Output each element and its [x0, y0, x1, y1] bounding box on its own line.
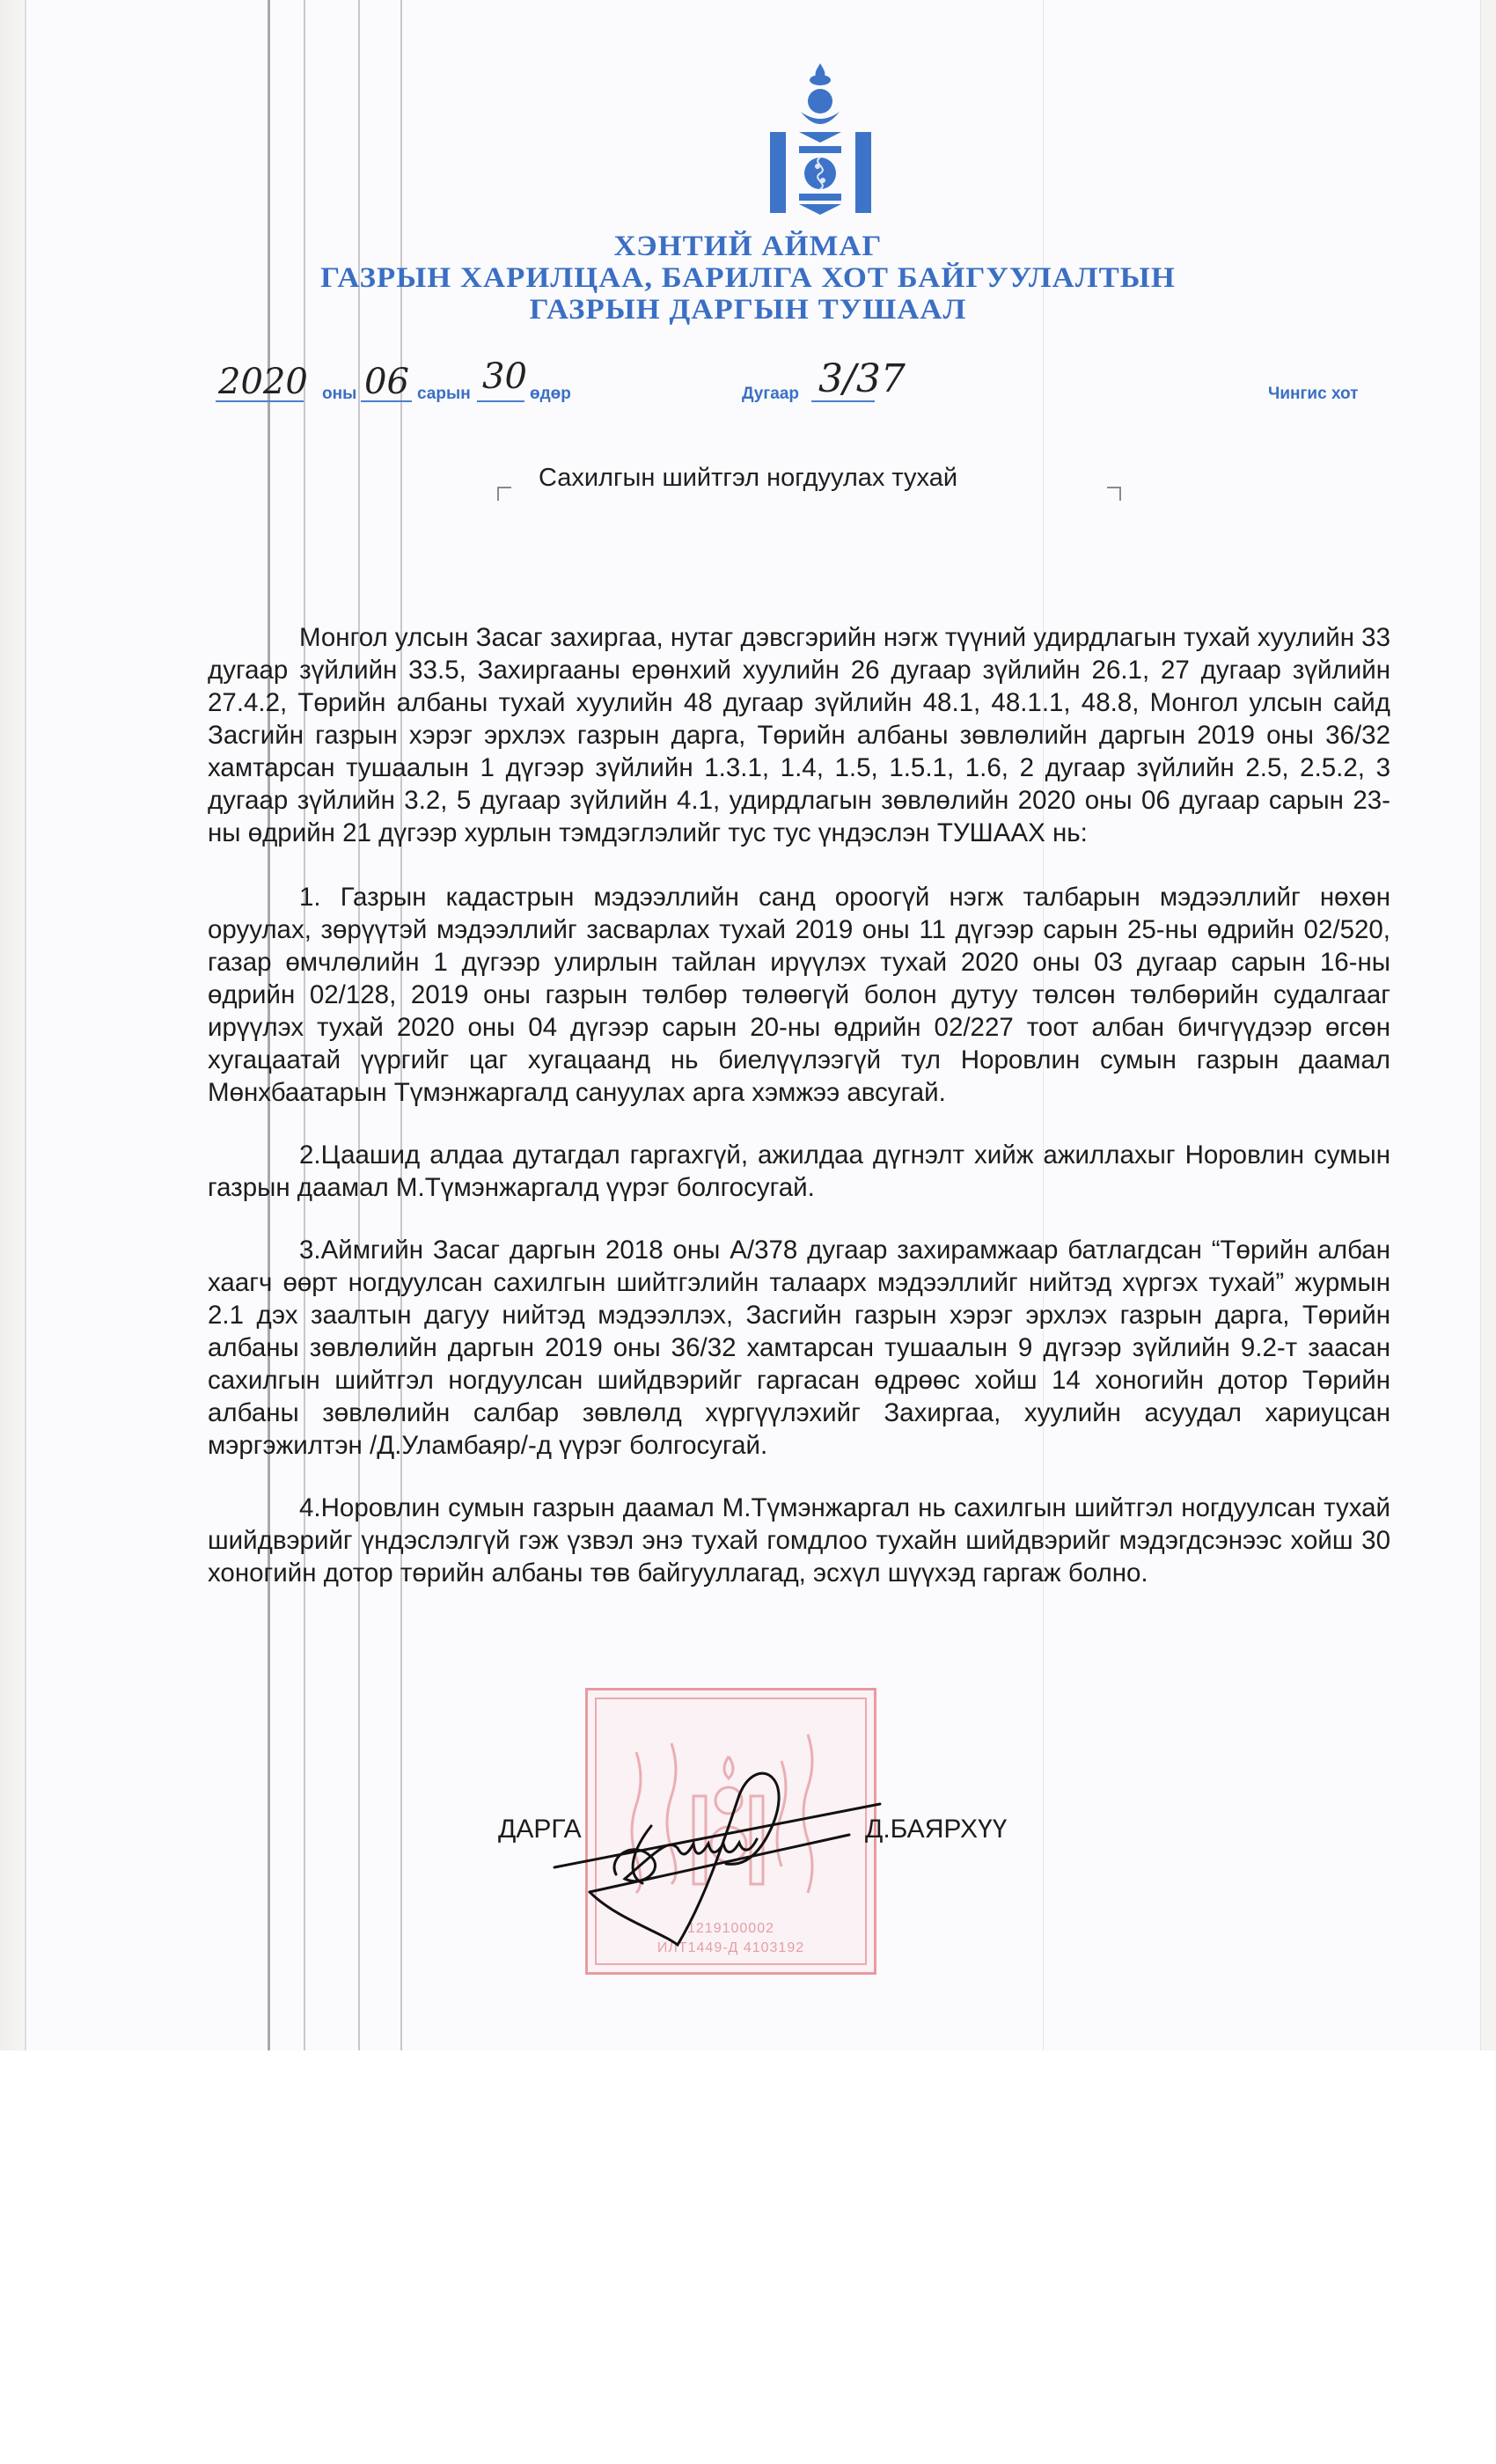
date-month: 06: [364, 362, 409, 402]
year-label: оны: [322, 385, 356, 404]
order-item-2: 2.Цаашид алдаа дутагдал гаргахгүй, ажилд…: [208, 1139, 1390, 1204]
city-label: Чингис хот: [1268, 385, 1358, 404]
header-line-1: ХЭНТИЙ АЙМАГ: [0, 231, 1496, 262]
soyombo-emblem-icon: [770, 62, 871, 220]
number-label: Дугаар: [742, 385, 799, 404]
month-label: сарын: [417, 385, 471, 404]
order-item-3: 3.Аймгийн Засаг даргын 2018 оны А/378 ду…: [208, 1234, 1390, 1462]
handwritten-signature-icon: [537, 1742, 959, 1954]
document-subject: Сахилгын шийтгэл ногдуулах тухай: [0, 464, 1496, 493]
year-underline: [216, 400, 304, 402]
subject-corner-left: [497, 487, 511, 501]
issuer-header: ХЭНТИЙ АЙМАГ ГАЗРЫН ХАРИЛЦАА, БАРИЛГА ХО…: [0, 231, 1496, 326]
month-underline: [361, 400, 412, 402]
preamble-paragraph: Монгол улсын Засаг захиргаа, нутаг дэвсг…: [208, 621, 1390, 849]
subject-corner-right: [1107, 487, 1121, 501]
header-line-3: ГАЗРЫН ДАРГЫН ТУШААЛ: [0, 294, 1496, 326]
day-label: өдөр: [530, 385, 571, 404]
date-number-row: 2020 оны 06 сарын 30 өдөр Дугаар 3/37 Чи…: [0, 365, 1496, 418]
document-body: Монгол улсын Засаг захиргаа, нутаг дэвсг…: [208, 621, 1390, 1619]
order-number: 3/37: [818, 356, 906, 401]
day-underline: [477, 400, 524, 402]
order-item-4: 4.Норовлин сумын газрын даамал М.Түмэнжа…: [208, 1492, 1390, 1589]
date-year: 2020: [218, 362, 308, 402]
order-item-1: 1. Газрын кадастрын мэдээллийн санд ороо…: [208, 881, 1390, 1109]
header-line-2: ГАЗРЫН ХАРИЛЦАА, БАРИЛГА ХОТ БАЙГУУЛАЛТЫ…: [0, 262, 1496, 294]
number-underline: [811, 400, 875, 402]
date-day: 30: [482, 356, 527, 397]
